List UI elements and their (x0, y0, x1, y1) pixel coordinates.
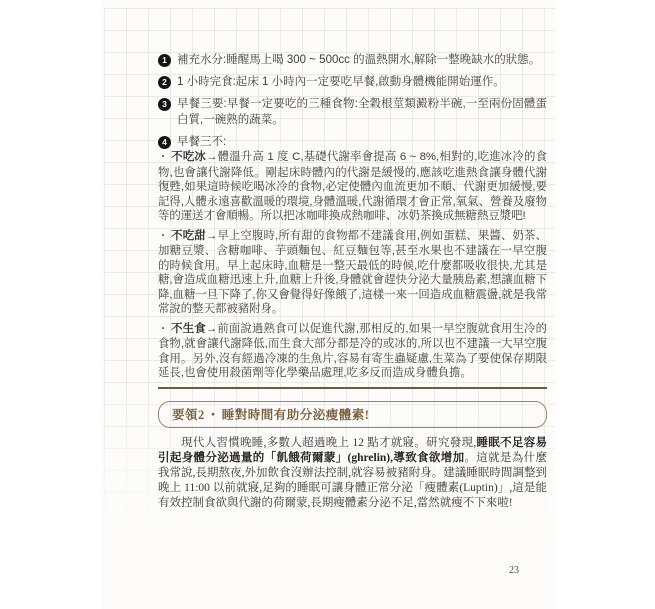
bullet-no-ice: ・不吃冰→體溫升高 1 度 C,基礎代謝率會提高 6 ~ 8%,相對的,吃進冰冷… (158, 150, 547, 224)
keypoint-label: 要領2 (172, 408, 205, 422)
bullet-term: 不生食 (171, 323, 206, 335)
bullet-dot-icon: ・ (158, 324, 168, 335)
bullet-body: →前面說過熟食可以促進代謝,那相反的,如果一早空腹就食用生冷的食物,就會讓代謝降… (158, 323, 547, 380)
bullet-dot-icon: ・ (158, 231, 168, 242)
bullet-no-sweets: ・不吃甜→早上空腹時,所有甜的食物都不建議食用,例如蛋糕、果醬、奶茶、加糖豆漿、… (158, 229, 547, 317)
step-text: 早餐三不: (177, 136, 226, 148)
paragraph-text: 現代人習慣晚睡,多數人超過晚上 12 點才就寢。研究發現, (181, 437, 476, 449)
bullet-body: →體溫升高 1 度 C,基礎代謝率會提高 6 ~ 8%,相對的,吃進冰冷的食物,… (158, 151, 547, 222)
keypoint-title: 睡對時間有助分泌瘦體素! (222, 408, 370, 422)
circled-number-1-icon: 1 (158, 54, 171, 67)
book-page: 1 補充水分:睡醒馬上喝 300 ~ 500cc 的溫熱開水,解除一整晚缺水的狀… (103, 0, 555, 609)
bullet-no-raw-food: ・不生食→前面說過熟食可以促進代謝,那相反的,如果一早空腹就食用生冷的食物,就會… (158, 322, 547, 381)
step-text: 早餐三要:早餐一定要吃的三種食物:全穀根莖類澱粉半碗,一至兩份固體蛋白質,一碗熟… (177, 98, 547, 126)
bullet-term: 不吃甜 (171, 230, 206, 242)
step-text: 1 小時完食:起床 1 小時內一定要吃早餐,啟動身體機能開始運作。 (177, 76, 505, 88)
bullet-body: →早上空腹時,所有甜的食物都不建議食用,例如蛋糕、果醬、奶茶、加糖豆漿、含糖咖啡… (158, 230, 547, 316)
section-divider (158, 387, 547, 389)
three-nos-bullet-list: ・不吃冰→體溫升高 1 度 C,基礎代謝率會提高 6 ~ 8%,相對的,吃進冰冷… (158, 150, 547, 381)
step-text: 補充水分:睡醒馬上喝 300 ~ 500cc 的溫熱開水,解除一整晚缺水的狀態。 (177, 54, 540, 66)
circled-number-4-icon: 4 (158, 136, 171, 149)
step-item-water: 1 補充水分:睡醒馬上喝 300 ~ 500cc 的溫熱開水,解除一整晚缺水的狀… (158, 52, 547, 68)
circled-number-2-icon: 2 (158, 76, 171, 89)
step-item-three-nos: 4 早餐三不: (158, 134, 547, 150)
circled-number-3-icon: 3 (158, 98, 171, 111)
bullet-term: 不吃冰 (171, 151, 206, 163)
keypoint-separator: ・ (205, 408, 222, 422)
page-number: 23 (509, 565, 519, 576)
keypoint-paragraph: 現代人習慣晚睡,多數人超過晚上 12 點才就寢。研究發現,睡眠不足容易引起身體分… (158, 436, 547, 511)
bullet-dot-icon: ・ (158, 152, 168, 163)
keypoint-title-box: 要領2・睡對時間有助分泌瘦體素! (158, 401, 547, 428)
page-content: 1 補充水分:睡醒馬上喝 300 ~ 500cc 的溫熱開水,解除一整晚缺水的狀… (158, 52, 547, 511)
morning-steps-list: 1 補充水分:睡醒馬上喝 300 ~ 500cc 的溫熱開水,解除一整晚缺水的狀… (158, 52, 547, 150)
step-item-three-musts: 3 早餐三要:早餐一定要吃的三種食物:全穀根莖類澱粉半碗,一至兩份固體蛋白質,一… (158, 96, 547, 128)
step-item-one-hour: 2 1 小時完食:起床 1 小時內一定要吃早餐,啟動身體機能開始運作。 (158, 74, 547, 90)
